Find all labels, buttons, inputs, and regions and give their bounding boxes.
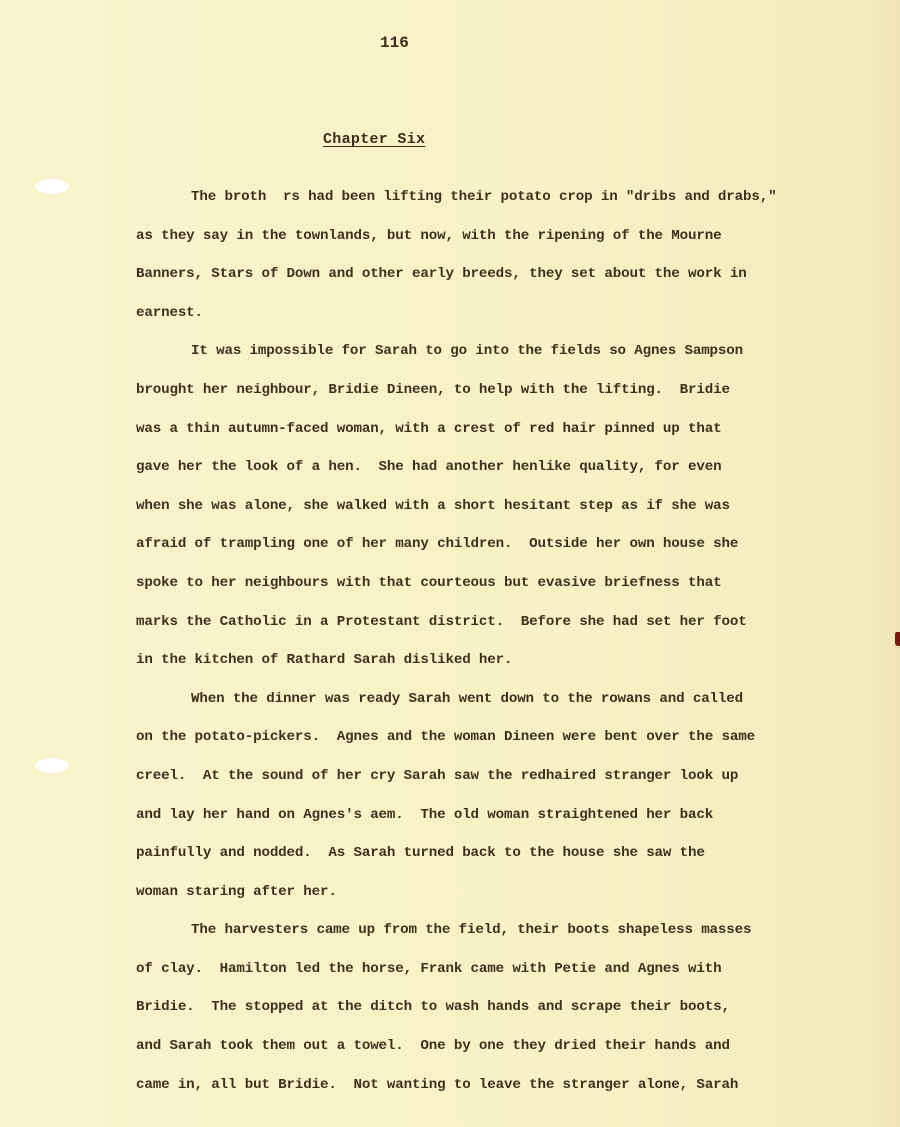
text-line: and Sarah took them out a towel. One by … <box>136 1027 856 1066</box>
typescript-page: 116 Chapter Six The broth rs had been li… <box>0 0 900 1127</box>
text-line: woman staring after her. <box>136 873 856 912</box>
text-line: When the dinner was ready Sarah went dow… <box>136 680 856 719</box>
text-line: creel. At the sound of her cry Sarah saw… <box>136 757 856 796</box>
text-line: when she was alone, she walked with a sh… <box>136 487 856 526</box>
text-line: The broth rs had been lifting their pota… <box>136 178 856 217</box>
text-line: brought her neighbour, Bridie Dineen, to… <box>136 371 856 410</box>
text-line: in the kitchen of Rathard Sarah disliked… <box>136 641 856 680</box>
body-text: The broth rs had been lifting their pota… <box>136 178 856 1104</box>
text-line: marks the Catholic in a Protestant distr… <box>136 603 856 642</box>
text-line: painfully and nodded. As Sarah turned ba… <box>136 834 856 873</box>
page-number: 116 <box>380 34 409 52</box>
text-line: of clay. Hamilton led the horse, Frank c… <box>136 950 856 989</box>
chapter-title: Chapter Six <box>323 131 425 148</box>
punch-hole-lower <box>35 758 69 773</box>
text-line: spoke to her neighbours with that courte… <box>136 564 856 603</box>
text-line: Banners, Stars of Down and other early b… <box>136 255 856 294</box>
punch-hole-upper <box>35 179 69 194</box>
text-line: afraid of trampling one of her many chil… <box>136 525 856 564</box>
text-line: was a thin autumn-faced woman, with a cr… <box>136 410 856 449</box>
text-line: The harvesters came up from the field, t… <box>136 911 856 950</box>
text-line: It was impossible for Sarah to go into t… <box>136 332 856 371</box>
text-line: as they say in the townlands, but now, w… <box>136 217 856 256</box>
text-line: Bridie. The stopped at the ditch to wash… <box>136 988 856 1027</box>
text-line: gave her the look of a hen. She had anot… <box>136 448 856 487</box>
text-line: on the potato-pickers. Agnes and the wom… <box>136 718 856 757</box>
text-line: came in, all but Bridie. Not wanting to … <box>136 1066 856 1105</box>
text-line: and lay her hand on Agnes's aem. The old… <box>136 796 856 835</box>
margin-ink-mark <box>895 632 900 646</box>
text-line: earnest. <box>136 294 856 333</box>
